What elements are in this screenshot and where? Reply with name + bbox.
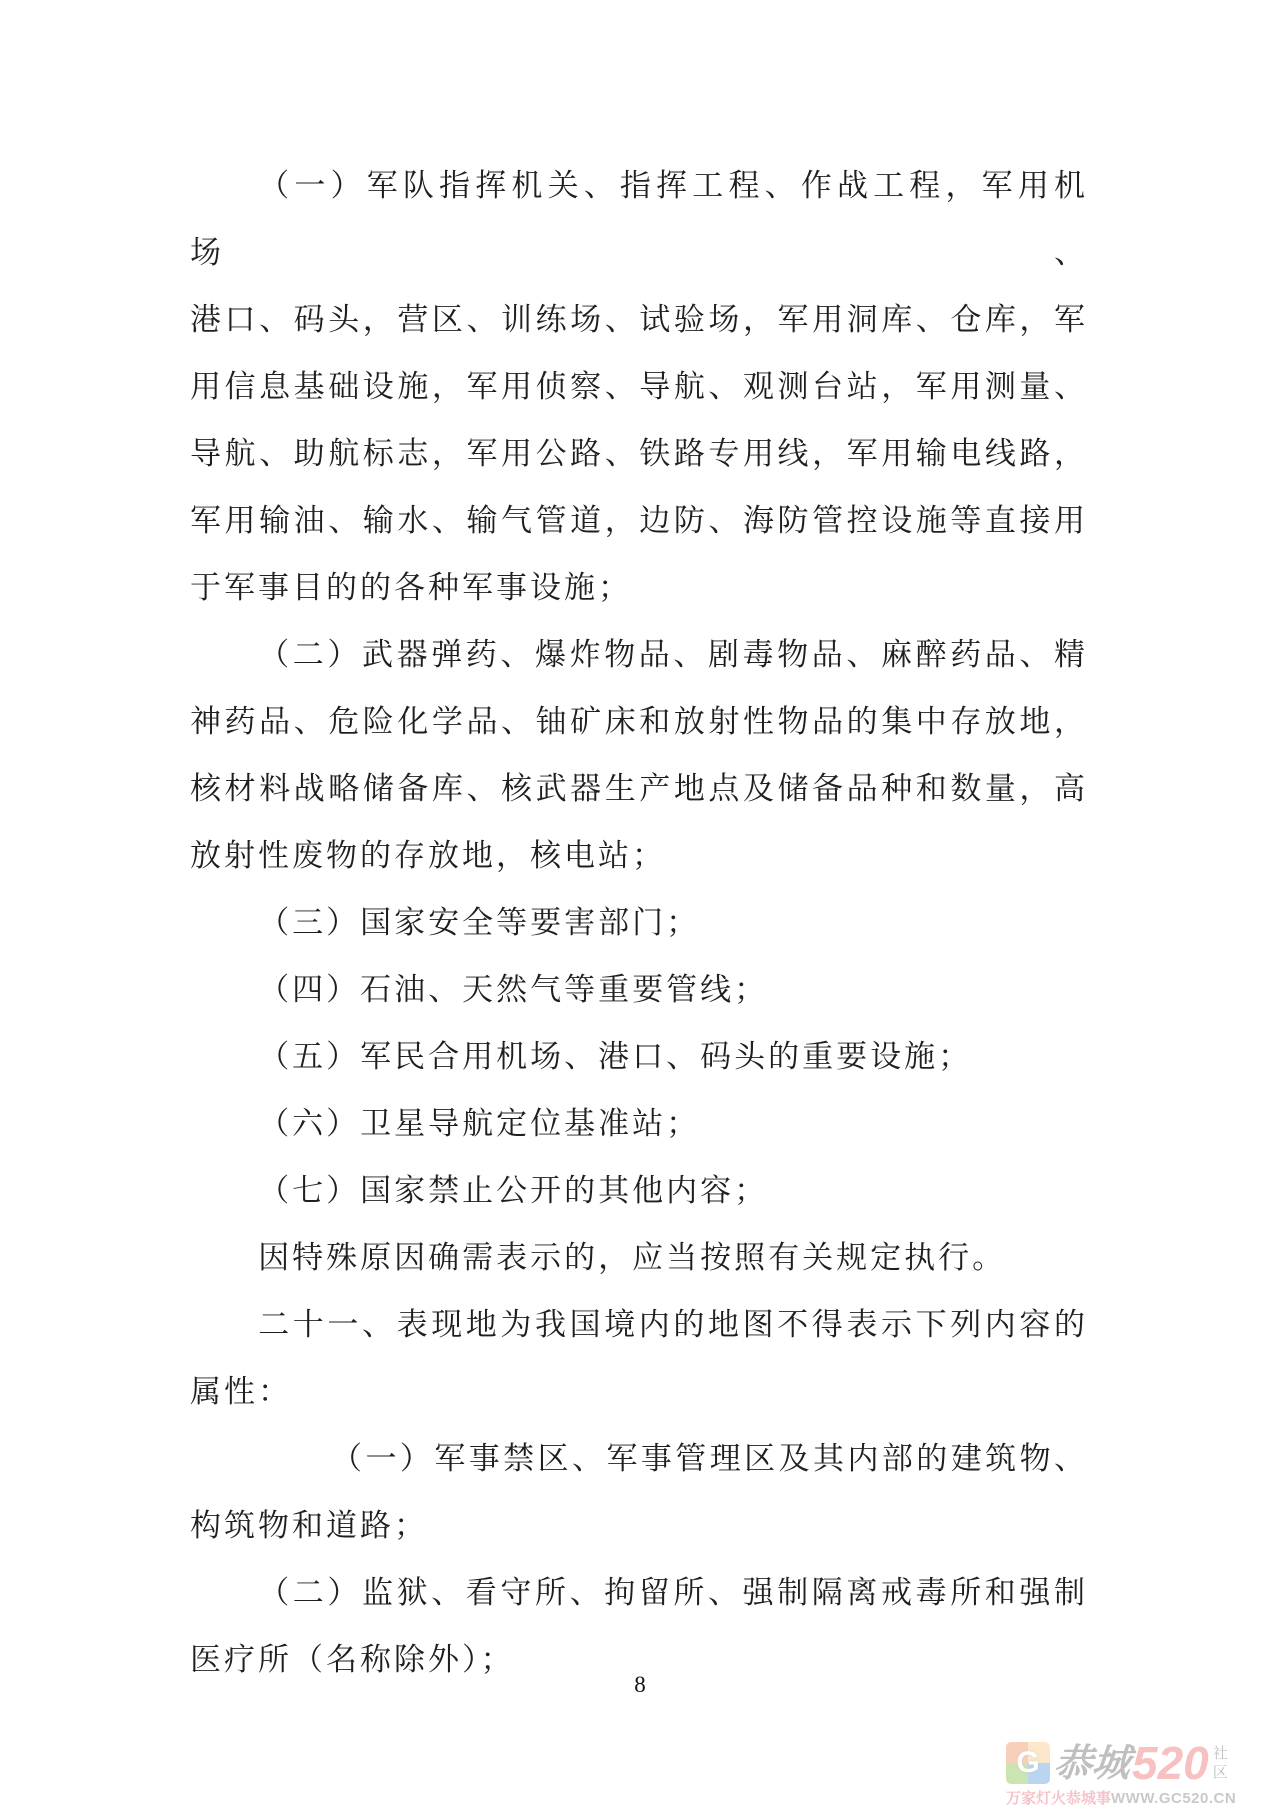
text-line: 神药品、危险化学品、铀矿床和放射性物品的集中存放地， <box>190 688 1088 755</box>
community-char-1: 社 <box>1213 1744 1228 1763</box>
text-line: （一）军事禁区、军事管理区及其内部的建筑物、 <box>190 1425 1088 1492</box>
text-line: 用信息基础设施，军用侦察、导航、观测台站，军用测量、 <box>190 353 1088 420</box>
document-page: （一）军队指挥机关、指挥工程、作战工程，军用机场、港口、码头，营区、训练场、试验… <box>0 0 1280 1810</box>
logo-g-letter: G <box>1006 1742 1050 1784</box>
text-line: 港口、码头，营区、训练场、试验场，军用洞库、仓库，军 <box>190 286 1088 353</box>
text-line: （二）武器弹药、爆炸物品、剧毒物品、麻醉药品、精 <box>190 621 1088 688</box>
document-body: （一）军队指挥机关、指挥工程、作战工程，军用机场、港口、码头，营区、训练场、试验… <box>190 152 1088 1693</box>
tagline-slogan: 万家灯火恭城事 <box>1006 1790 1111 1807</box>
text-line: 构筑物和道路； <box>190 1492 1088 1559</box>
text-line: （二）监狱、看守所、拘留所、强制隔离戒毒所和强制 <box>190 1559 1088 1626</box>
text-line: 二十一、表现地为我国境内的地图不得表示下列内容的 <box>190 1291 1088 1358</box>
text-line: （四）石油、天然气等重要管线； <box>190 956 1088 1023</box>
text-line: 导航、助航标志，军用公路、铁路专用线，军用输电线路， <box>190 420 1088 487</box>
text-line: （三）国家安全等要害部门； <box>190 889 1088 956</box>
text-line: （五）军民合用机场、港口、码头的重要设施； <box>190 1023 1088 1090</box>
watermark-top-row: G 恭城 520 社 区 <box>1006 1742 1274 1784</box>
text-line: 因特殊原因确需表示的，应当按照有关规定执行。 <box>190 1224 1088 1291</box>
watermark-site-name: 恭城 520 <box>1054 1742 1209 1784</box>
text-line: 于军事目的的各种军事设施； <box>190 554 1088 621</box>
site-watermark: G 恭城 520 社 区 万家灯火恭城事WWW.GC520.CN <box>1006 1742 1274 1808</box>
watermark-community-label: 社 区 <box>1213 1744 1228 1782</box>
site-name-gray: 恭城 <box>1052 1744 1132 1784</box>
text-line: 核材料战略储备库、核武器生产地点及储备品种和数量，高 <box>190 755 1088 822</box>
text-line: 属性： <box>190 1358 1088 1425</box>
text-line: 放射性废物的存放地，核电站； <box>190 822 1088 889</box>
text-line: （六）卫星导航定位基准站； <box>190 1090 1088 1157</box>
text-line: （一）军队指挥机关、指挥工程、作战工程，军用机场、 <box>190 152 1088 286</box>
community-char-2: 区 <box>1213 1763 1228 1782</box>
watermark-tagline: 万家灯火恭城事WWW.GC520.CN <box>1006 1787 1274 1808</box>
text-line: 军用输油、输水、输气管道，边防、海防管控设施等直接用 <box>190 487 1088 554</box>
page-number: 8 <box>0 1672 1280 1698</box>
text-line: （七）国家禁止公开的其他内容； <box>190 1157 1088 1224</box>
gc520-logo-icon: G <box>1006 1742 1050 1784</box>
site-name-pink: 520 <box>1132 1742 1209 1784</box>
tagline-url: WWW.GC520.CN <box>1111 1790 1236 1807</box>
